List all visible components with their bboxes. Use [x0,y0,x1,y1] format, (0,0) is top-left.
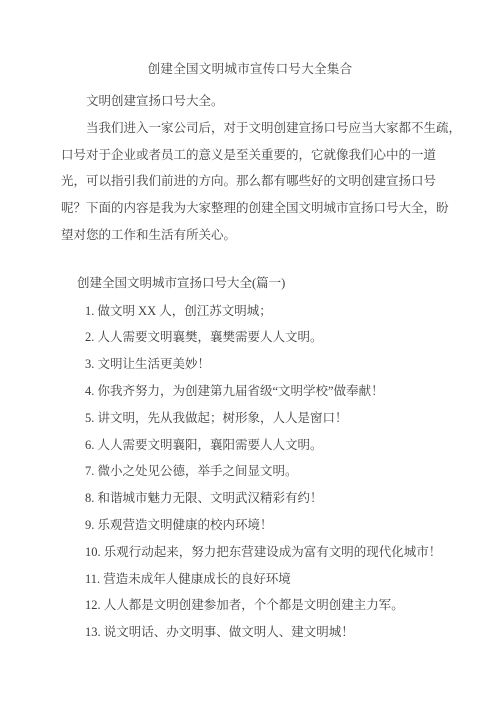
document-page: 创建全国文明城市宣传口号大全集合 文明创建宣扬口号大全。当我们进入一家公司后，对… [0,0,500,707]
slogan-item: 5. 讲文明，先从我做起；树形象，人人是窗口！ [61,405,439,432]
slogan-item: 11. 营造未成年人健康成长的良好环境 [61,566,439,593]
paragraph: 当我们进入一家公司后，对于文明创建宣扬口号应当大家都不生疏，口号对于企业或者员工… [61,115,439,249]
slogan-item: 7. 微小之处见公德，举手之间显文明。 [61,458,439,485]
slogan-item: 4. 你我齐努力，为创建第九届省级“文明学校”做奉献！ [61,378,439,405]
slogan-item: 1. 做文明 XX 人，创江苏文明城； [61,298,439,325]
slogan-item: 6. 人人需要文明襄阳，襄阳需要人人文明。 [61,432,439,459]
paragraph: 文明创建宣扬口号大全。 [61,88,439,115]
slogan-item: 10. 乐观行动起来，努力把东营建设成为富有文明的现代化城市！ [61,539,439,566]
slogan-item: 12. 人人都是文明创建参加者，个个都是文明创建主力军。 [61,592,439,619]
text-line: 口号对于企业或者员工的意义是至关重要的，它就像我们心中的一道 [61,142,439,169]
slogan-item: 8. 和谐城市魅力无限、文明武汉精彩有约！ [61,485,439,512]
section-heading: 创建全国文明城市宣扬口号大全(篇一) [61,270,439,297]
slogan-item: 9. 乐观营造文明健康的校内环境！ [61,512,439,539]
document-body: 文明创建宣扬口号大全。当我们进入一家公司后，对于文明创建宣扬口号应当大家都不生疏… [61,88,439,646]
text-line: 当我们进入一家公司后，对于文明创建宣扬口号应当大家都不生疏， [61,115,439,142]
text-line: 呢？下面的内容是我为大家整理的创建全国文明城市宣扬口号大全，盼 [61,195,439,222]
text-line: 文明创建宣扬口号大全。 [61,88,439,115]
text-line: 光，可以指引我们前进的方向。那么都有哪些好的文明创建宣扬口号 [61,168,439,195]
slogan-item: 3. 文明让生活更美妙！ [61,351,439,378]
document-title: 创建全国文明城市宣传口号大全集合 [0,61,500,78]
slogan-list: 1. 做文明 XX 人，创江苏文明城；2. 人人需要文明襄樊，襄樊需要人人文明。… [61,298,439,646]
slogan-item: 2. 人人需要文明襄樊，襄樊需要人人文明。 [61,324,439,351]
text-line: 望对您的工作和生活有所关心。 [61,222,439,249]
intro-paragraphs: 文明创建宣扬口号大全。当我们进入一家公司后，对于文明创建宣扬口号应当大家都不生疏… [61,88,439,249]
slogan-item: 13. 说文明话、办文明事、做文明人、建文明城！ [61,619,439,646]
